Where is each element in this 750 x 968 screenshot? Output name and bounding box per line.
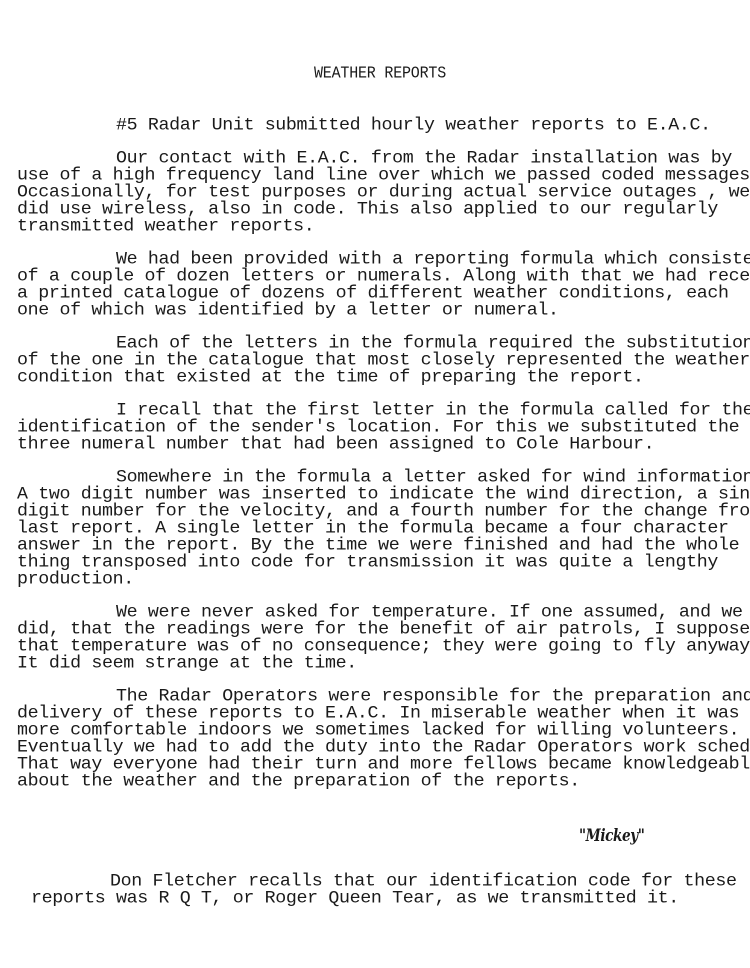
paragraph-line: identification of the sender's location.… [17, 420, 739, 436]
signature: "Mickey" [579, 826, 644, 846]
paragraph-line: of the one in the catalogue that most cl… [17, 353, 750, 369]
paragraph-line: thing transposed into code for transmiss… [17, 555, 718, 571]
paragraph-line: We were never asked for temperature. If … [116, 605, 743, 621]
footnote-line: reports was R Q T, or Roger Queen Tear, … [31, 891, 679, 907]
paragraph-line: Occasionally, for test purposes or durin… [17, 185, 750, 201]
paragraph-line: one of which was identified by a letter … [17, 303, 559, 319]
paragraph-line: three numeral number that had been assig… [17, 437, 654, 453]
paragraph-line: a printed catalogue of dozens of differe… [17, 286, 729, 302]
footnote-line: Don Fletcher recalls that our identifica… [110, 874, 737, 890]
paragraph-line: use of a high frequency land line over w… [17, 168, 750, 184]
paragraph-line: Somewhere in the formula a letter asked … [116, 470, 750, 486]
paragraph-line: A two digit number was inserted to indic… [17, 487, 750, 503]
paragraph-line: last report. A single letter in the form… [17, 521, 729, 537]
paragraph-line: answer in the report. By the time we wer… [17, 538, 739, 554]
paragraph-line: It did seem strange at the time. [17, 656, 357, 672]
paragraph-line: that temperature was of no consequence; … [17, 639, 750, 655]
paragraph-line: about the weather and the preparation of… [17, 774, 580, 790]
paragraph-line: more comfortable indoors we sometimes la… [17, 723, 739, 739]
paragraph-line: of a couple of dozen letters or numerals… [17, 269, 750, 285]
paragraph-line: I recall that the first letter in the fo… [116, 403, 750, 419]
paragraph-line: Our contact with E.A.C. from the Radar i… [116, 151, 732, 167]
paragraph-line: Each of the letters in the formula requi… [116, 336, 750, 352]
paragraph-line: condition that existed at the time of pr… [17, 370, 644, 386]
paragraph-line: transmitted weather reports. [17, 219, 314, 235]
paragraph-line: Eventually we had to add the duty into t… [17, 740, 750, 756]
paragraph-line: That way everyone had their turn and mor… [17, 757, 750, 773]
paragraph-line: We had been provided with a reporting fo… [116, 252, 750, 268]
paragraph-line: did use wireless, also in code. This als… [17, 202, 718, 218]
paragraph-line: production. [17, 572, 134, 588]
page-title: WEATHER REPORTS [0, 64, 750, 83]
paragraph-line: The Radar Operators were responsible for… [116, 689, 750, 705]
document-page: WEATHER REPORTS #5 Radar Unit submitted … [0, 0, 750, 968]
paragraph-line: delivery of these reports to E.A.C. In m… [17, 706, 739, 722]
paragraph-line: did, that the readings were for the bene… [17, 622, 750, 638]
paragraph-line: digit number for the velocity, and a fou… [17, 504, 750, 520]
paragraph-intro-line: #5 Radar Unit submitted hourly weather r… [116, 118, 711, 134]
